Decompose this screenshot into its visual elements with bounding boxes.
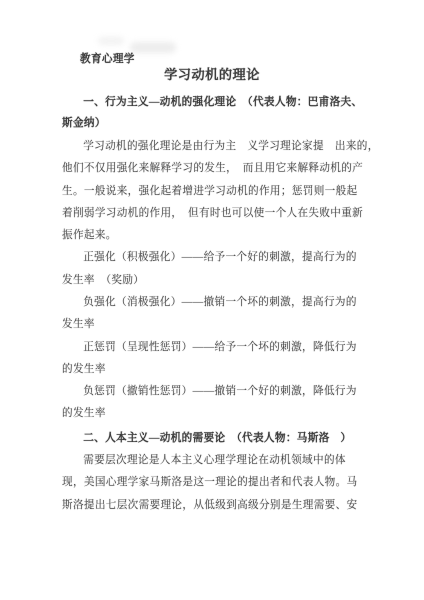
- positive-reinforcement-line: 正强化（积极强化）——给予一个好的刺激，提高行为的: [62, 251, 372, 265]
- section-1-paragraph-line: 他们不仅用强化来解释学习的发生， 而且用它来解释动机的产: [62, 162, 372, 176]
- scan-smudge-artifact: [130, 42, 176, 53]
- section-2-paragraph-line: 现，美国心理学家马斯洛是这一理论的提出者和代表人物。马: [62, 476, 372, 490]
- scan-smudge-artifact: [98, 37, 124, 45]
- negative-reinforcement-line: 发生率: [62, 318, 372, 332]
- positive-punishment-line: 的发生率: [62, 363, 372, 377]
- section-1-heading-line-1: 一、行为主义—动机的强化理论 （代表人物：巴甫洛夫、: [62, 96, 372, 110]
- section-1-paragraph-line: 生。一般说来，强化起着增进学习动机的作用；惩罚则一般起: [62, 185, 372, 199]
- positive-reinforcement-line: 发生率 （奖励）: [62, 274, 372, 288]
- section-1-paragraph-line: 振作起来。: [62, 229, 372, 243]
- section-2-heading: 二、人本主义—动机的需要论 （代表人物：马斯洛 ）: [62, 432, 372, 446]
- negative-punishment-line: 的发生率: [62, 407, 372, 421]
- section-2-paragraph-line: 斯洛提出七层次需要理论，从低级到高级分别是生理需要、安: [62, 499, 372, 513]
- positive-punishment-line: 正惩罚（呈现性惩罚）——给予一个坏的刺激，降低行为: [62, 341, 372, 355]
- document-page: 教育心理学 学习动机的理论 一、行为主义—动机的强化理论 （代表人物：巴甫洛夫、…: [0, 0, 424, 600]
- section-1-heading-line-2: 斯金纳）: [62, 117, 372, 131]
- section-1-paragraph-line: 着削弱学习动机的作用， 但有时也可以使一个人在失败中重新: [62, 207, 372, 221]
- section-1-paragraph-line: 学习动机的强化理论是由行为主 义学习理论家提 出来的，: [62, 140, 372, 154]
- negative-reinforcement-line: 负强化（消极强化）——撤销一个坏的刺激，提高行为的: [62, 296, 372, 310]
- page-title: 学习动机的理论: [0, 68, 424, 82]
- section-2-paragraph-line: 需要层次理论是人本主义心理学理论在动机领域中的体: [62, 454, 372, 468]
- negative-punishment-line: 负惩罚（撤销性惩罚）——撤销一个好的刺激，降低行为: [62, 385, 372, 399]
- subject-label: 教育心理学: [80, 53, 390, 67]
